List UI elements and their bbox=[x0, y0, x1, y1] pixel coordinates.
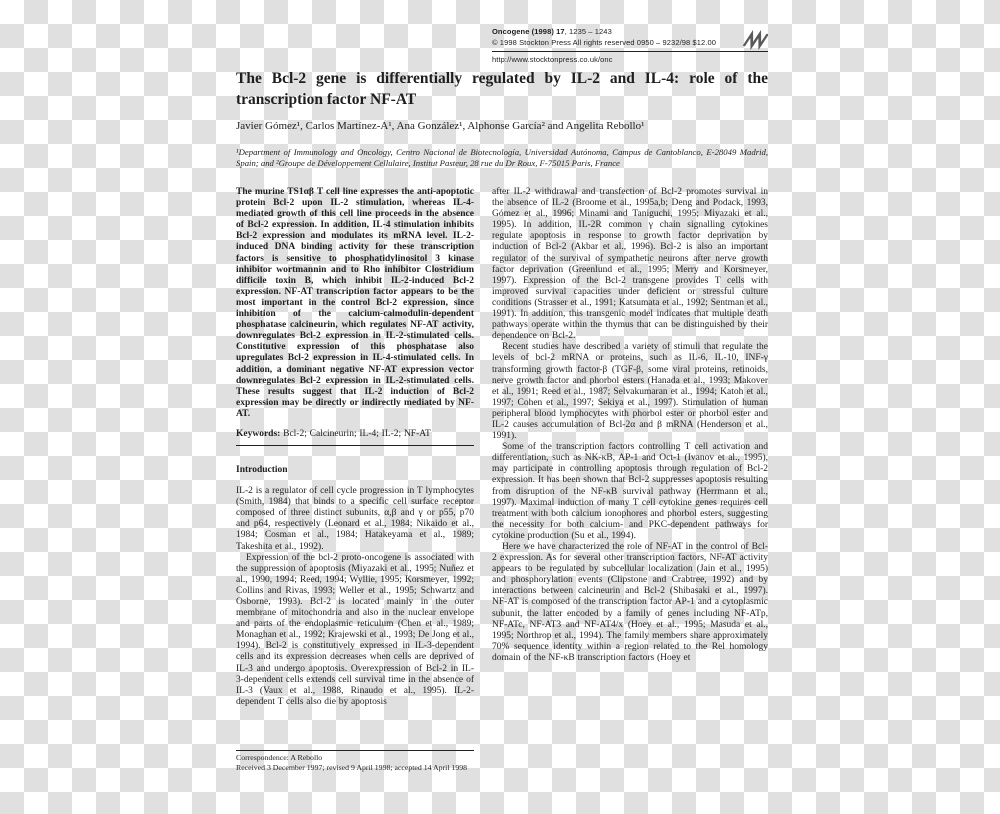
journal-url: http://www.stocktonpress.co.uk/onc bbox=[492, 54, 768, 65]
keywords-label: Keywords: bbox=[236, 429, 280, 439]
received-line: Received 3 December 1997; revised 9 Apri… bbox=[236, 763, 474, 773]
keywords-text: Bcl-2; Calcineurin; IL-4; IL-2; NF-AT bbox=[280, 429, 431, 439]
paper-title: The Bcl-2 gene is differentially regulat… bbox=[236, 68, 768, 110]
body-paragraph: Recent studies have described a variety … bbox=[492, 342, 768, 442]
introduction-paragraph: IL-2 is a regulator of cell cycle progre… bbox=[236, 486, 474, 553]
abstract-paragraph: The murine TS1αβ T cell line expresses t… bbox=[236, 187, 474, 420]
keywords-rule bbox=[236, 445, 474, 446]
keywords-line: Keywords: Bcl-2; Calcineurin; IL-4; IL-2… bbox=[236, 429, 474, 440]
introduction-paragraph: Expression of the bcl-2 proto-oncogene i… bbox=[236, 553, 474, 708]
affiliations-line: ¹Department of Immunology and Oncology, … bbox=[236, 147, 768, 168]
journal-pages: , 1235 – 1243 bbox=[565, 27, 612, 36]
stockton-press-logo-icon bbox=[742, 30, 768, 50]
body-paragraph: Some of the transcription factors contro… bbox=[492, 442, 768, 542]
paper-page: Oncogene (1998) 17, 1235 – 1243 © 1998 S… bbox=[0, 0, 1000, 814]
copyright-line: © 1998 Stockton Press All rights reserve… bbox=[492, 37, 768, 48]
authors-line: Javier Gómez¹, Carlos Martínez-A¹, Ana G… bbox=[236, 120, 768, 133]
citation-line: Oncogene (1998) 17, 1235 – 1243 bbox=[492, 26, 768, 37]
journal-header: Oncogene (1998) 17, 1235 – 1243 © 1998 S… bbox=[492, 26, 768, 65]
body-paragraph: Here we have characterized the role of N… bbox=[492, 542, 768, 664]
section-heading-introduction: Introduction bbox=[236, 465, 474, 476]
right-column: after IL-2 withdrawal and transfection o… bbox=[492, 187, 768, 664]
footnote-block: Correspondence: A Rebollo Received 3 Dec… bbox=[236, 750, 474, 772]
journal-citation: Oncogene (1998) 17 bbox=[492, 27, 565, 36]
correspondence-line: Correspondence: A Rebollo bbox=[236, 753, 474, 763]
body-paragraph: after IL-2 withdrawal and transfection o… bbox=[492, 187, 768, 342]
left-column: The murine TS1αβ T cell line expresses t… bbox=[236, 187, 474, 708]
header-rule bbox=[492, 51, 768, 52]
